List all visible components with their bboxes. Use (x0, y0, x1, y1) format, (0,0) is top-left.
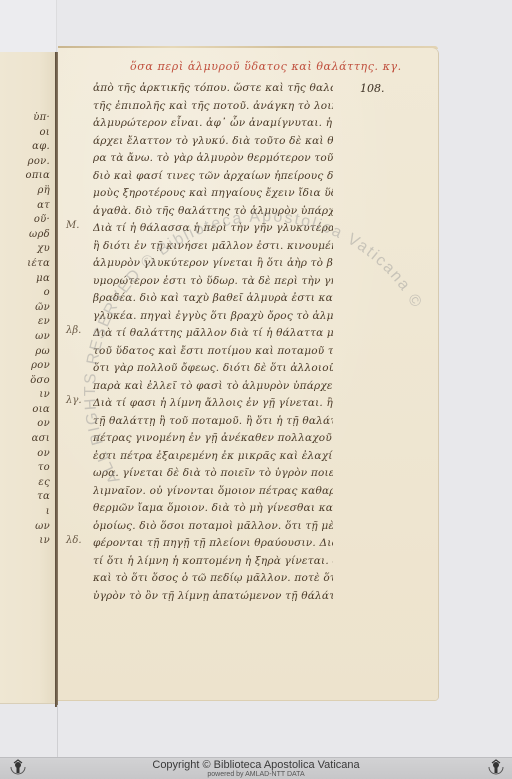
manuscript-text-line: Διὰ τί θαλάττης μᾶλλον διὰ τί ἡ θάλαττα … (93, 325, 333, 343)
left-page-text-fragment: ατ (0, 200, 50, 215)
left-page-text-fragment: ασι (0, 433, 50, 448)
manuscript-text-line: μοὺς ξηροτέρους καὶ πηγαίους ἔχειν ἴδια … (93, 185, 333, 203)
left-page-text-fragment: ων (0, 521, 50, 536)
left-page-text-fragment: ὑπ· (0, 112, 50, 127)
manuscript-text-line: τῇ θαλάττῃ ἢ τοῦ ποταμοῦ. ἢ ὅτι ἡ τῇ θαλ… (93, 413, 333, 431)
left-page-text-fragment: ρον. (0, 156, 50, 171)
margin-section-mark: λγ. (66, 395, 82, 406)
left-page-top-strip (0, 0, 57, 52)
gutter-shadow (57, 705, 58, 757)
rubric-heading: ὅσα περὶ ἁλμυροῦ ὕδατος καὶ θαλάττης. κγ… (130, 60, 402, 73)
manuscript-text-line: τί ὅτι ἡ λίμνη ἡ κοπτομένη ἡ ξηρὰ γίνετα… (93, 553, 333, 571)
manuscript-text-line: άρχει ἔλαττον τὸ γλυκύ. διὰ τοῦτο δὲ καὶ… (93, 133, 333, 151)
manuscript-text-line: Διὰ τί φασι ἡ λίμνη ἄλλοις ἐν γῇ γίνεται… (93, 395, 333, 413)
manuscript-text-line: ἁλμυρώτερον εἶναι. ἀφ᾽ ὧν ἀναμίγνυται. ἡ… (93, 115, 333, 133)
left-page-text-fragment: ι (0, 506, 50, 521)
manuscript-text-line: θερμῶν ἴαμα ὅμοιον. διὰ τὸ μὴ γίνεσθαι κ… (93, 500, 333, 518)
left-page-text-fragment: ὅσο (0, 375, 50, 390)
left-page-text-fragment: το (0, 462, 50, 477)
manuscript-text-line: διὸ καὶ φασί τινες τῶν ἀρχαίων ἠπείρους … (93, 168, 333, 186)
left-page-text-fragment: οια (0, 404, 50, 419)
manuscript-text-line: λιμναῖον. οὐ γίνονται ὅμοιον πέτρας καθα… (93, 483, 333, 501)
left-page-text-fragment: ιν (0, 389, 50, 404)
manuscript-text-block: ἀπὸ τῆς ἀρκτικῆς τόπου. ὥστε καὶ τῆς θαλ… (93, 80, 333, 605)
left-page-text-fragment: ες (0, 477, 50, 492)
manuscript-text-line: πέτρας γινομένη ἐν γῇ ἀνέκαθεν πολλαχοῦ … (93, 430, 333, 448)
manuscript-text-line: ὁμοίως. διὸ ὅσοι ποταμοὶ μᾶλλον. ὅτι τῇ … (93, 518, 333, 536)
manuscript-text-line: ἐστι πέτρα ἐξαιρεμένη ἐκ μικρᾶς καὶ ἐλαχ… (93, 448, 333, 466)
footer-powered-by: powered by AMLAD-NTT DATA (0, 771, 512, 778)
margin-section-mark: Μ. (66, 220, 79, 231)
manuscript-text-line: ρα τὰ ἄνω. τὸ γὰρ ἁλμυρὸν θερμότερον τοῦ… (93, 150, 333, 168)
left-page-text: ὑπ·οιαφ.ρον.οπιαρἣατοῦ·ωρδχυιέταμαοῶνενω… (0, 112, 50, 550)
left-page-text-fragment: ρἣ (0, 185, 50, 200)
left-page-text-fragment: ωρδ (0, 229, 50, 244)
left-page-text-fragment: οι (0, 127, 50, 142)
manuscript-text-line: ἀπὸ τῆς ἀρκτικῆς τόπου. ὥστε καὶ τῆς θαλ… (93, 80, 333, 98)
margin-section-mark: λβ. (66, 325, 81, 336)
left-page-text-fragment: χυ (0, 243, 50, 258)
left-page-text-fragment: ων (0, 331, 50, 346)
left-page-text-fragment: ιν (0, 535, 50, 550)
left-page-text-fragment: ο (0, 287, 50, 302)
manuscript-text-line: ἢ διότι ἐν τῇ κινήσει μᾶλλον ἐστι. κινου… (93, 238, 333, 256)
left-page-text-fragment: ον (0, 418, 50, 433)
footer-copyright: Copyright © Biblioteca Apostolica Vatica… (0, 759, 512, 771)
vatican-emblem-icon (486, 759, 506, 777)
left-page-text-fragment: ρον (0, 360, 50, 375)
left-page-text-fragment: οπια (0, 170, 50, 185)
manuscript-viewer[interactable]: ὑπ·οιαφ.ρον.οπιαρἣατοῦ·ωρδχυιέταμαοῶνενω… (0, 0, 512, 757)
manuscript-text-line: ὑγρὸν τὸ ὂν τῇ λίμνῃ ἀπατώμενον τῇ θάλάτ… (93, 588, 333, 606)
left-page-text-fragment: οῦ· (0, 214, 50, 229)
left-page-text-fragment: ον (0, 448, 50, 463)
manuscript-text-line: ὅτι γὰρ πολλοῦ ὄφεως. διότι δὲ ὅτι ἀλλοι… (93, 360, 333, 378)
left-page-text-fragment: ῶν (0, 302, 50, 317)
manuscript-text-line: καὶ τὸ ὅτι ὅσος ὁ τῶ πεδίῳ μᾶλλον. ποτὲ … (93, 570, 333, 588)
manuscript-text-line: φέρονται τῇ πηγῇ τῇ πλείονι θραύουσιν. Δ… (93, 535, 333, 553)
left-page-text-fragment: ρω (0, 346, 50, 361)
left-page-text-fragment: τα (0, 491, 50, 506)
left-page-text-fragment: αφ. (0, 141, 50, 156)
manuscript-text-line: παρὰ καὶ ἐλλεῖ τὸ φασὶ τὸ ἁλμυρὸν ὑπάρχε… (93, 378, 333, 396)
left-facing-page: ὑπ·οιαφ.ρον.οπιαρἣατοῦ·ωρδχυιέταμαοῶνενω… (0, 52, 56, 704)
manuscript-text-line: τοῦ ὕδατος καὶ ἔστι ποτίμου καὶ ποταμοῦ … (93, 343, 333, 361)
manuscript-text-line: γλυκέα. πηγαὶ ἐγγὺς ὅτι βραχὺ ὄρος τὸ ἁλ… (93, 308, 333, 326)
left-page-text-fragment: ιέτα (0, 258, 50, 273)
manuscript-text-line: ωρα. γίνεται δὲ διὰ τὸ ποιεῖν τὸ ὑγρὸν π… (93, 465, 333, 483)
manuscript-text-line: βραδέα. διὸ καὶ ταχὺ βαθεῖ ἁλμυρὰ ἐστι κ… (93, 290, 333, 308)
vatican-emblem-icon (8, 759, 28, 777)
footer-bar: Copyright © Biblioteca Apostolica Vatica… (0, 757, 512, 779)
manuscript-text-line: ἁλμυρὸν γλυκύτερον γίνεται ἢ ὅτι ἀὴρ τὸ … (93, 255, 333, 273)
folio-number: 108. (360, 82, 385, 95)
left-page-text-fragment: εν (0, 316, 50, 331)
manuscript-text-line: ἀγαθὰ. διὸ τῆς θαλάττης τὸ ἁλμυρὸν ὑπάρχ… (93, 203, 333, 221)
left-page-text-fragment: μα (0, 273, 50, 288)
manuscript-text-line: υμορώτερον ἐστι τὸ ὕδωρ. τὰ δὲ περὶ τὴν … (93, 273, 333, 291)
manuscript-text-line: Διὰ τί ἡ θάλασσα ἡ περὶ τὴν γῆν γλυκυτέρ… (93, 220, 333, 238)
margin-section-mark: λδ. (66, 535, 82, 546)
manuscript-text-line: τῆς ἐπιπολῆς καὶ τῆς ποτοῦ. ἀνάγκη τὸ λο… (93, 98, 333, 116)
